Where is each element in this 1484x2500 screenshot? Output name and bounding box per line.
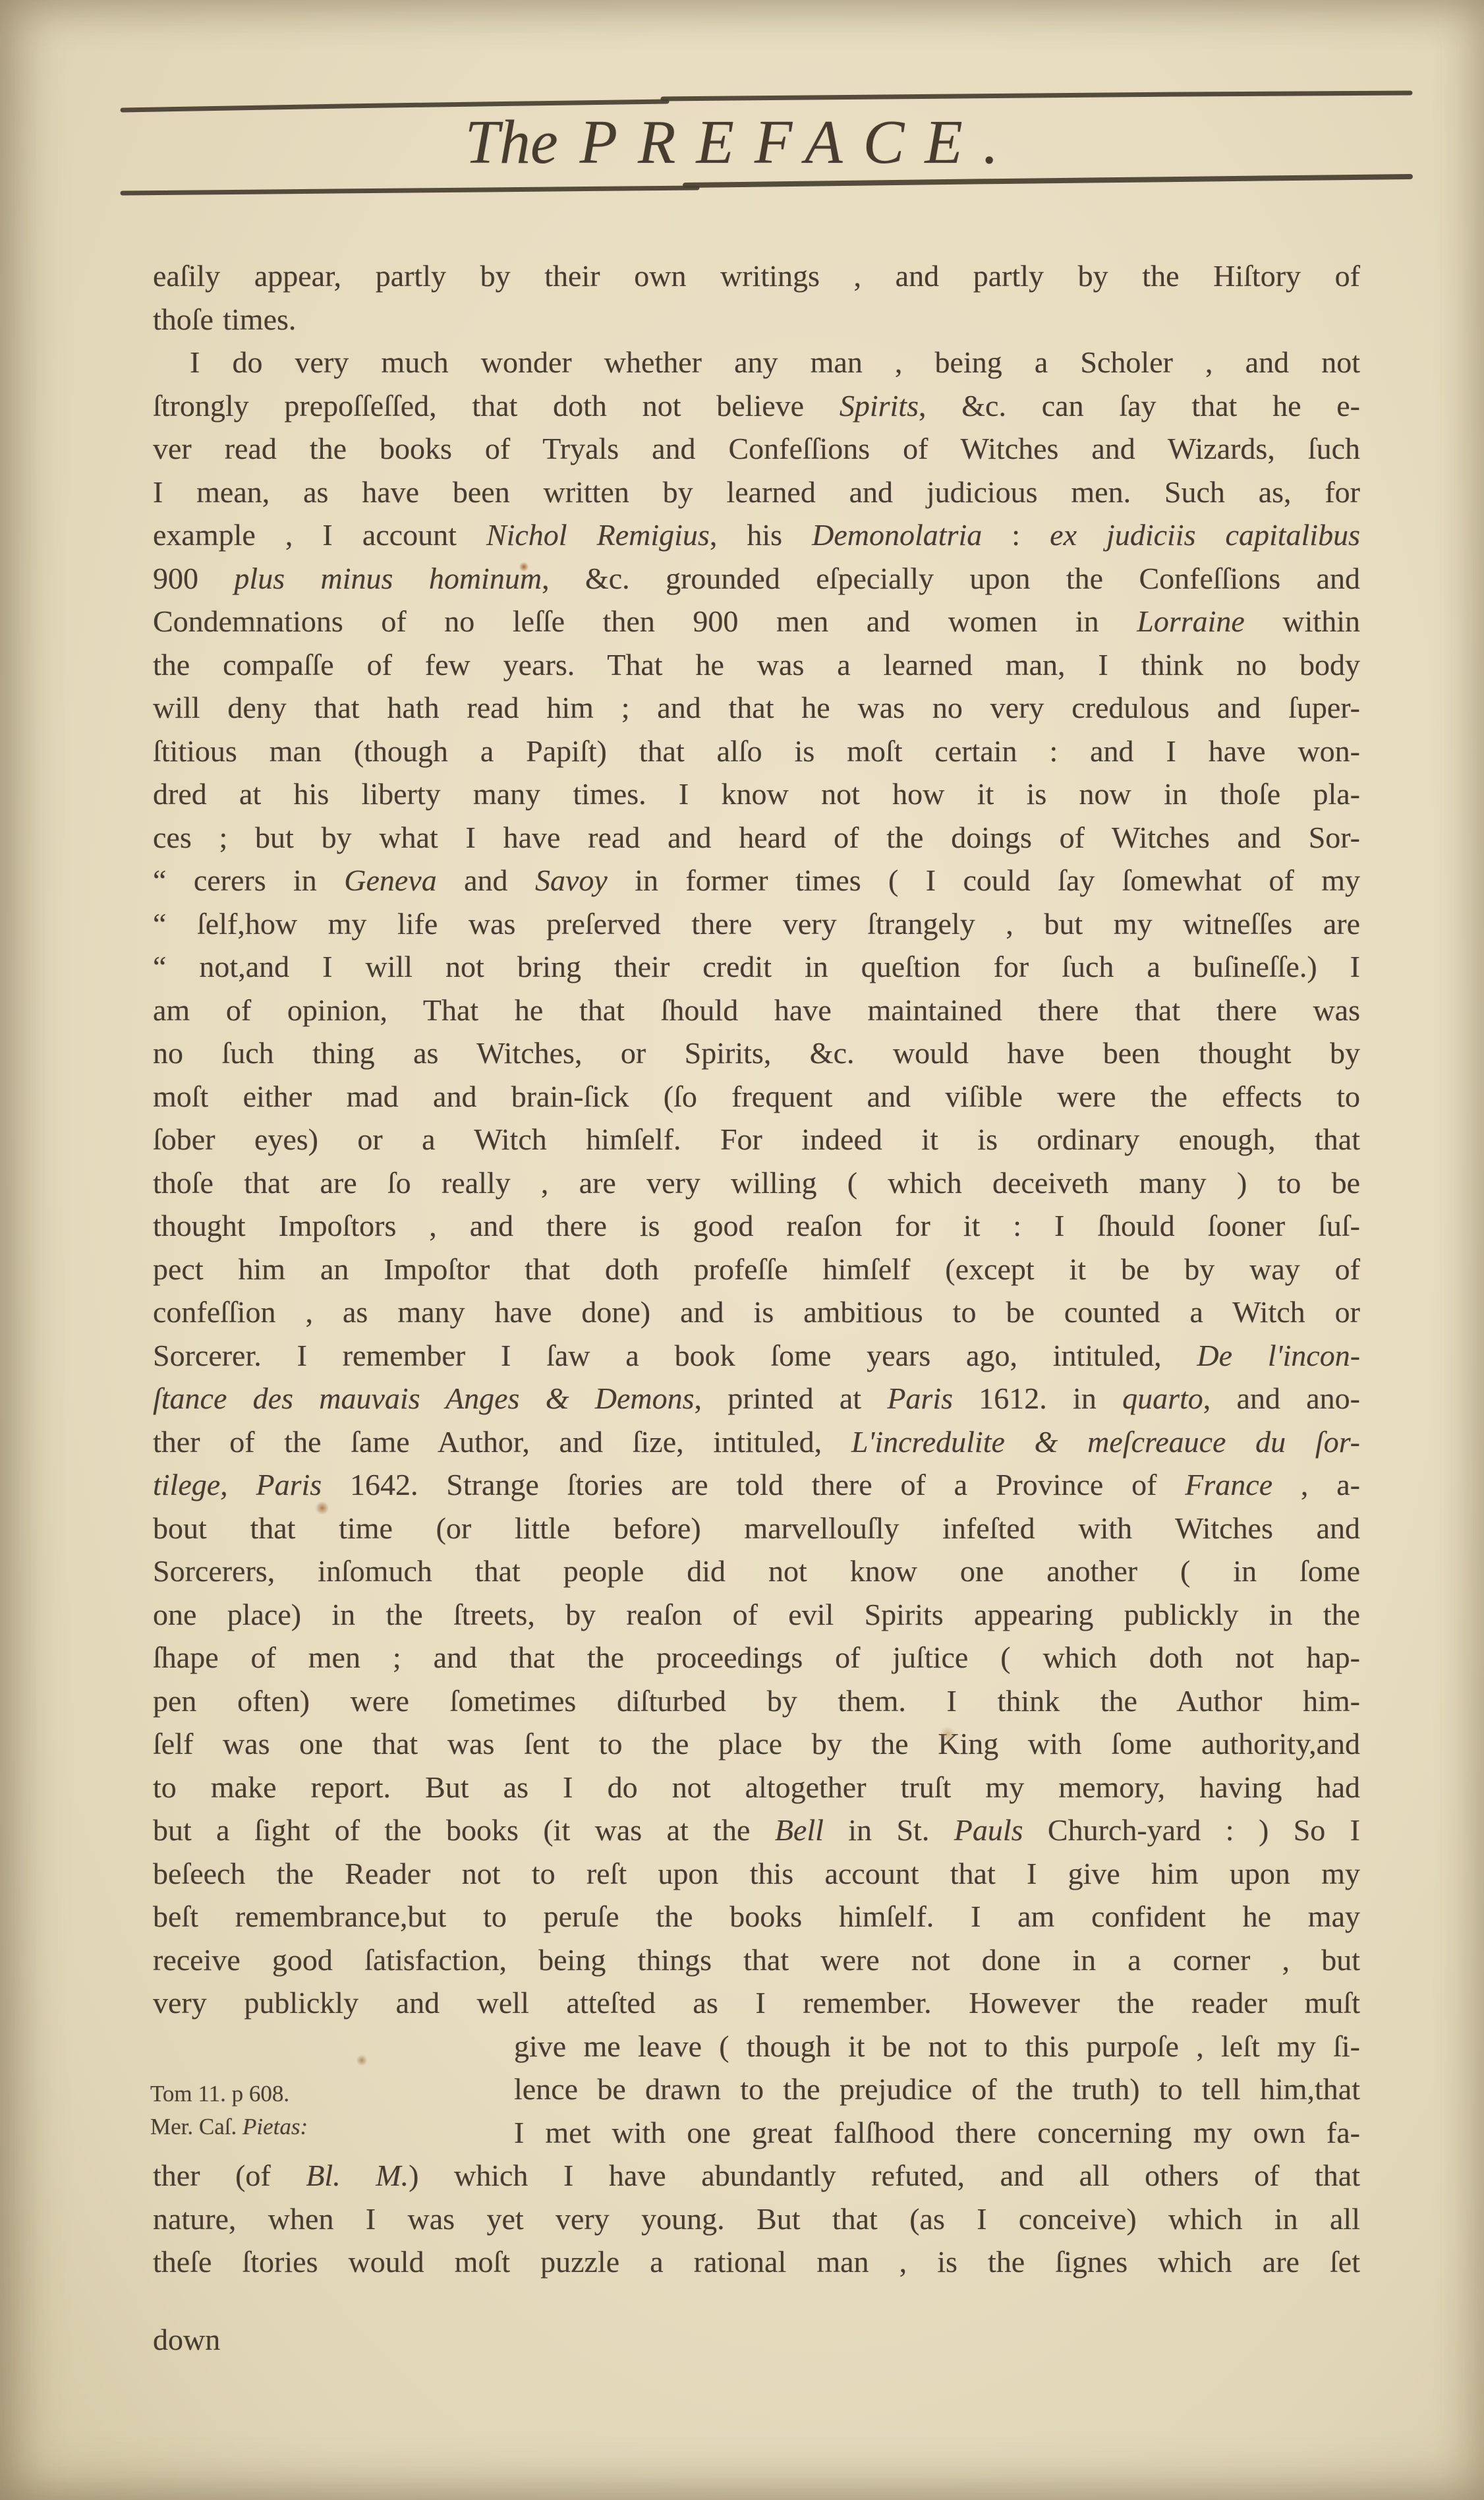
text-line: “ ſelf,how my life was preſerved there v…: [153, 902, 1360, 946]
text-line: no ſuch thing as Witches, or Spirits, &c…: [153, 1032, 1360, 1075]
margin-note-line2-prefix: Mer. Caſ.: [150, 2114, 243, 2139]
text-line: moſt either mad and brain-ſick (ſo frequ…: [153, 1075, 1360, 1119]
text-segment: ) which I have abundantly refuted, and a…: [409, 2159, 1360, 2192]
text-segment: thought Impoſtors , and there is good re…: [153, 1209, 1360, 1242]
text-segment: example , I account: [153, 518, 486, 552]
text-segment: Pauls: [954, 1813, 1023, 1847]
text-segment: , a-: [1272, 1468, 1360, 1501]
text-segment: Geneva: [344, 863, 436, 897]
body-text: eaſily appear, partly by their own writi…: [153, 254, 1360, 2361]
text-segment: very publickly and well atteſted as I re…: [153, 1986, 1360, 2020]
text-segment: De l'incon-: [1197, 1339, 1360, 1372]
text-line: beſt remembrance,but to peruſe the books…: [153, 1895, 1360, 1938]
text-segment: Bell: [775, 1813, 824, 1847]
text-segment: Paris: [887, 1381, 953, 1415]
text-line: pect him an Impoſtor that doth profeſſe …: [153, 1248, 1360, 1291]
text-line: dred at his liberty many times. I know n…: [153, 772, 1360, 816]
text-segment: ther of the ſame Author, and ſize, intit…: [153, 1425, 851, 1459]
text-line: am of opinion, That he that ſhould have …: [153, 989, 1360, 1032]
text-line: ſtrongly prepoſſeſſed, that doth not bel…: [153, 384, 1360, 428]
text-segment: theſe ſtories would moſt puzzle a ration…: [153, 2245, 1360, 2279]
text-line: beſeech the Reader not to reſt upon this…: [153, 1852, 1360, 1896]
text-line: very publickly and well atteſted as I re…: [153, 1981, 1360, 2025]
text-segment: in St.: [824, 1813, 954, 1847]
text-segment: lence be drawn to the prejudice of the t…: [514, 2072, 1360, 2106]
text-segment: the compaſſe of few years. That he was a…: [153, 648, 1360, 682]
page-title-main: PREFACE.: [580, 108, 1019, 177]
text-line: ſober eyes) or a Witch himſelf. For inde…: [153, 1118, 1360, 1161]
text-segment: beſt remembrance,but to peruſe the books…: [153, 1900, 1360, 1933]
margin-note-line1: Tom 11. p 608.: [150, 2078, 509, 2110]
text-line: bout that time (or little before) marvel…: [153, 1507, 1360, 1550]
margin-note-line2: Mer. Caſ. Pietas:: [150, 2110, 509, 2143]
text-line: I mean, as have been written by learned …: [153, 471, 1360, 514]
text-segment: eaſily appear, partly by their own writi…: [153, 259, 1360, 293]
text-segment: thoſe that are ſo really , are very will…: [153, 1166, 1360, 1200]
text-segment: I do very much wonder whether any man , …: [190, 345, 1360, 379]
text-line: thought Impoſtors , and there is good re…: [153, 1204, 1360, 1248]
text-segment: Sorcerer. I remember I ſaw a book ſome y…: [153, 1339, 1197, 1372]
text-segment: dred at his liberty many times. I know n…: [153, 777, 1360, 811]
text-segment: pen often) were ſometimes diſturbed by t…: [153, 1684, 1360, 1718]
margin-note-line2-work: Pietas:: [243, 2114, 308, 2139]
text-segment: Savoy: [535, 863, 608, 897]
text-segment: quarto: [1122, 1381, 1203, 1415]
text-segment: ther (of: [153, 2159, 306, 2192]
text-segment: am of opinion, That he that ſhould have …: [153, 993, 1360, 1027]
text-segment: , printed at: [695, 1381, 888, 1415]
text-segment: Nichol Remigius: [486, 518, 710, 552]
text-segment: no ſuch thing as Witches, or Spirits, &c…: [153, 1036, 1360, 1070]
text-segment: but a ſight of the books (it was at the: [153, 1813, 775, 1847]
text-segment: confeſſion , as many have done) and is a…: [153, 1295, 1360, 1329]
text-segment: 1612. in: [953, 1381, 1122, 1415]
text-segment: plus minus hominum: [234, 562, 542, 595]
text-segment: I mean, as have been written by learned …: [153, 475, 1360, 509]
text-line: nature, when I was yet very young. But t…: [153, 2197, 1360, 2241]
text-segment: France: [1185, 1468, 1272, 1501]
text-line: Condemnations of no leſſe then 900 men a…: [153, 600, 1360, 643]
text-segment: Church-yard : ) So I: [1023, 1813, 1360, 1847]
text-segment: one place) in the ſtreets, by reaſon of …: [153, 1598, 1360, 1631]
text-line: to make report. But as I do not altogeth…: [153, 1766, 1360, 1809]
text-segment: “ ſelf,how my life was preſerved there v…: [153, 907, 1360, 941]
text-segment: give me leave ( though it be not to this…: [514, 2029, 1360, 2063]
text-segment: ces ; but by what I have read and heard …: [153, 821, 1360, 854]
text-segment: will deny that hath read him ; and that …: [153, 691, 1360, 724]
text-segment: Bl. M.: [306, 2159, 409, 2192]
text-segment: L'incredulite & meſcreauce du ſor-: [851, 1425, 1360, 1459]
text-segment: Spirits: [840, 389, 919, 422]
text-segment: tilege, Paris: [153, 1468, 322, 1501]
text-segment: thoſe times.: [153, 303, 296, 336]
text-segment: ſelf was one that was ſent to the place …: [153, 1727, 1360, 1760]
text-line: ther of the ſame Author, and ſize, intit…: [153, 1420, 1360, 1464]
text-line: “ cerers in Geneva and Savoy in former t…: [153, 859, 1360, 902]
text-line: theſe ſtories would moſt puzzle a ration…: [153, 2240, 1360, 2284]
text-segment: 1642. Strange ſtories are told there of …: [322, 1468, 1185, 1501]
text-segment: ſtrongly prepoſſeſſed, that doth not bel…: [153, 389, 840, 422]
text-line: one place) in the ſtreets, by reaſon of …: [153, 1593, 1360, 1637]
text-segment: bout that time (or little before) marvel…: [153, 1511, 1360, 1545]
text-line: Sorcerer. I remember I ſaw a book ſome y…: [153, 1334, 1360, 1378]
text-line: confeſſion , as many have done) and is a…: [153, 1291, 1360, 1334]
page-title: ThePREFACE.: [0, 107, 1484, 178]
text-line: Sorcerers, inſomuch that people did not …: [153, 1550, 1360, 1593]
margin-note: Tom 11. p 608. Mer. Caſ. Pietas:: [150, 2078, 509, 2143]
text-segment: , &c. can ſay that he e-: [919, 389, 1360, 422]
text-segment: ver read the books of Tryals and Confeſſ…: [153, 432, 1360, 465]
text-line: I do very much wonder whether any man , …: [153, 341, 1360, 384]
text-line: ſtance des mauvais Anges & Demons, print…: [153, 1377, 1360, 1420]
text-line: ſhape of men ; and that the proceedings …: [153, 1636, 1360, 1679]
text-segment: moſt either mad and brain-ſick (ſo frequ…: [153, 1080, 1360, 1113]
text-segment: Lorraine: [1137, 604, 1245, 638]
text-line: eaſily appear, partly by their own writi…: [153, 254, 1360, 298]
text-line: ther (of Bl. M.) which I have abundantly…: [153, 2154, 1360, 2197]
text-line: example , I account Nichol Remigius, his…: [153, 513, 1360, 557]
text-line: ſtitious man (though a Papiſt) that alſo…: [153, 730, 1360, 773]
text-segment: :: [982, 518, 1050, 552]
text-segment: I met with one great falſhood there conc…: [514, 2116, 1360, 2149]
text-segment: , &c. grounded eſpecially upon the Confe…: [542, 562, 1360, 595]
text-line: ces ; but by what I have read and heard …: [153, 816, 1360, 859]
text-segment: Sorcerers, inſomuch that people did not …: [153, 1554, 1360, 1588]
text-segment: nature, when I was yet very young. But t…: [153, 2202, 1360, 2236]
text-segment: Condemnations of no leſſe then 900 men a…: [153, 604, 1137, 638]
text-segment: Demonolatria: [812, 518, 982, 552]
text-line: the compaſſe of few years. That he was a…: [153, 643, 1360, 687]
text-line: thoſe that are ſo really , are very will…: [153, 1161, 1360, 1205]
text-line: will deny that hath read him ; and that …: [153, 686, 1360, 730]
page-title-the: The: [465, 108, 558, 177]
text-segment: 900: [153, 562, 234, 595]
text-segment: pect him an Impoſtor that doth profeſſe …: [153, 1252, 1360, 1286]
text-line: tilege, Paris 1642. Strange ſtories are …: [153, 1463, 1360, 1507]
text-line: “ not,and I will not bring their credit …: [153, 945, 1360, 989]
text-line: receive good ſatisfaction, being things …: [153, 1938, 1360, 1982]
text-line: ſelf was one that was ſent to the place …: [153, 1722, 1360, 1766]
text-line: pen often) were ſometimes diſturbed by t…: [153, 1679, 1360, 1723]
text-segment: within: [1245, 604, 1360, 638]
text-segment: ſtitious man (though a Papiſt) that alſo…: [153, 734, 1360, 768]
scanned-book-page: { "colors": { "paper": "#e8ddc1", "ink":…: [0, 0, 1484, 2500]
text-line: 900 plus minus hominum, &c. grounded eſp…: [153, 557, 1360, 600]
text-segment: ſober eyes) or a Witch himſelf. For inde…: [153, 1122, 1360, 1156]
text-line: give me leave ( though it be not to this…: [153, 2025, 1360, 2068]
text-line: ver read the books of Tryals and Confeſſ…: [153, 427, 1360, 471]
text-segment: receive good ſatisfaction, being things …: [153, 1943, 1360, 1977]
text-segment: and: [437, 863, 535, 897]
text-segment: ſhape of men ; and that the proceedings …: [153, 1641, 1360, 1674]
text-segment: ex judiciis capitalibus: [1050, 518, 1360, 552]
text-segment: “ not,and I will not bring their credit …: [153, 950, 1360, 983]
text-line: thoſe times.: [153, 298, 1360, 341]
text-segment: beſeech the Reader not to reſt upon this…: [153, 1857, 1360, 1890]
text-segment: ſtance des mauvais Anges & Demons: [153, 1381, 695, 1415]
catchword: down: [153, 2318, 1360, 2362]
text-line: but a ſight of the books (it was at the …: [153, 1809, 1360, 1852]
text-segment: in former times ( I could ſay ſomewhat o…: [608, 863, 1360, 897]
text-segment: , and ano-: [1203, 1381, 1360, 1415]
text-segment: , his: [710, 518, 812, 552]
text-segment: to make report. But as I do not altogeth…: [153, 1770, 1360, 1804]
text-segment: “ cerers in: [153, 863, 344, 897]
